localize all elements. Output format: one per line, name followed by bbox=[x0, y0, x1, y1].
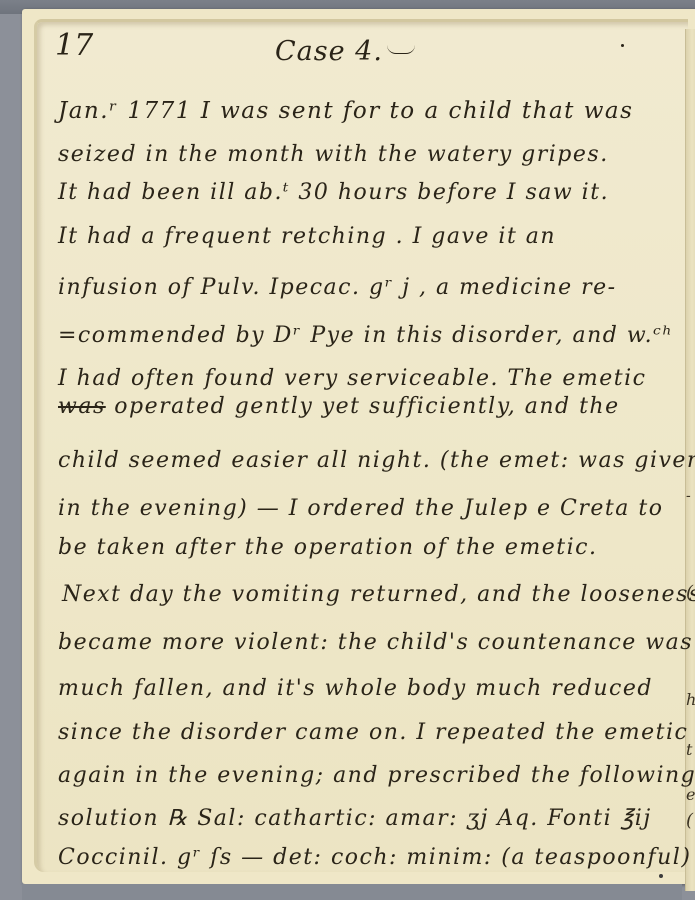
margin-mark: ( bbox=[686, 810, 693, 831]
manuscript-line-6: =commended by Dʳ Pye in this disorder, a… bbox=[58, 323, 673, 348]
manuscript-line-10: in the evening) — I ordered the Julep e … bbox=[58, 496, 663, 521]
page-number: 17 bbox=[55, 28, 93, 63]
manuscript-line-14: much fallen, and it's whole body much re… bbox=[58, 676, 653, 701]
struck-word: was bbox=[58, 394, 106, 419]
manuscript-line-4: It had a frequent retching . I gave it a… bbox=[58, 224, 556, 249]
manuscript-line-8: was operated gently yet sufficiently, an… bbox=[58, 394, 620, 419]
manuscript-line-2: seized in the month with the watery grip… bbox=[58, 142, 609, 167]
margin-mark: - bbox=[686, 488, 691, 504]
margin-mark: h bbox=[686, 690, 695, 709]
manuscript-line-11: be taken after the operation of the emet… bbox=[58, 535, 597, 560]
manuscript-line-9: child seemed easier all night. (the emet… bbox=[58, 448, 695, 473]
manuscript-line-1: Jan.ʳ 1771 I was sent for to a child tha… bbox=[58, 98, 633, 124]
line-8-text: operated gently yet sufficiently, and th… bbox=[114, 394, 619, 419]
manuscript-line-17: solution ℞ Sal: cathartic: amar: ʒj Aq. … bbox=[58, 806, 652, 831]
manuscript-line-12: Next day the vomiting returned, and the … bbox=[62, 582, 695, 607]
manuscript-line-7: I had often found very serviceable. The … bbox=[58, 366, 646, 391]
case-title: Case 4. bbox=[275, 36, 415, 67]
margin-mark: t bbox=[686, 740, 692, 759]
manuscript-line-16: again in the evening; and prescribed the… bbox=[58, 763, 695, 788]
case-title-text: Case 4. bbox=[275, 36, 383, 67]
manuscript-line-15: since the disorder came on. I repeated t… bbox=[58, 720, 688, 745]
margin-mark: ( bbox=[686, 582, 693, 603]
scan-backdrop-bottom bbox=[22, 884, 682, 900]
ink-spot bbox=[659, 874, 663, 878]
manuscript-line-3: It had been ill ab.ᵗ 30 hours before I s… bbox=[58, 180, 609, 205]
title-flourish-icon bbox=[387, 45, 415, 54]
manuscript-line-5: infusion of Pulv. Ipecac. gʳ j , a medic… bbox=[58, 275, 617, 300]
manuscript-line-18: Coccinil. gʳ ſs — det: coch: minim: (a t… bbox=[58, 845, 691, 870]
margin-mark: e bbox=[686, 785, 695, 804]
ink-spot bbox=[621, 44, 624, 47]
manuscript-line-13: became more violent: the child's counten… bbox=[58, 630, 693, 655]
manuscript-page bbox=[22, 9, 695, 884]
